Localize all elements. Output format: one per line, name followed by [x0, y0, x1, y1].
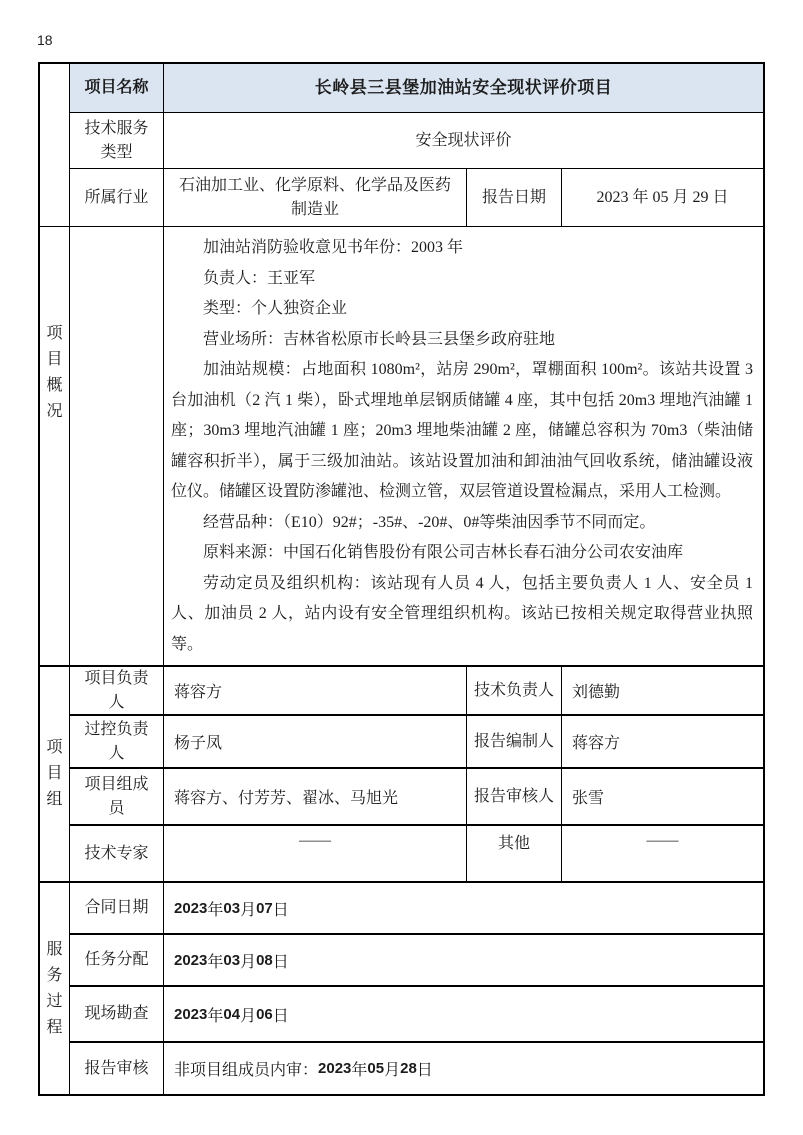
report-writer-value: 蒋容方	[562, 716, 763, 767]
section-team: 项目组 项目负责人 蒋容方 技术负责人 刘德勤 过控负责人 杨子凤 报告编制人 …	[40, 667, 763, 883]
overview-paragraph: 原料来源：中国石化销售股份有限公司吉林长春石油分公司农安油库	[171, 538, 753, 569]
industry-label: 所属行业	[70, 169, 164, 226]
other-value: ——	[562, 826, 763, 881]
report-date-value: 2023 年 05 月 29 日	[562, 169, 763, 226]
side-spacer-cell	[40, 64, 70, 226]
overview-side-label: 项目概况	[46, 227, 63, 425]
process-control-leader-value: 杨子凤	[164, 716, 467, 767]
row-task-assignment: 任务分配 2023 年 03 月 08 日	[70, 935, 763, 987]
task-assignment-label: 任务分配	[70, 935, 164, 985]
service-type-value: 安全现状评价	[164, 113, 763, 168]
tech-leader-value: 刘德勤	[562, 667, 763, 714]
team-members-value: 蒋容方、付芳芳、翟冰、马旭光	[164, 769, 467, 824]
project-info-table: 项目名称 长岭县三县堡加油站安全现状评价项目 技术服务类型 安全现状评价 所属行…	[38, 62, 765, 1096]
site-survey-value: 2023 年 04 月 06 日	[164, 987, 763, 1041]
overview-paragraph: 劳动定员及组织机构：该站现有人员 4 人，包括主要负责人 1 人、安全员 1 人…	[171, 569, 753, 661]
overview-paragraph: 经营品种：（E10）92#；-35#、-20#、0#等柴油因季节不同而定。	[171, 508, 753, 539]
overview-empty-cell	[70, 227, 164, 665]
row-site-survey: 现场勘查 2023 年 04 月 06 日	[70, 987, 763, 1043]
section-process: 服务过程 合同日期 2023 年 03 月 07 日 任务分配 2023 年 0…	[40, 883, 763, 1094]
service-type-label: 技术服务类型	[70, 113, 164, 168]
process-control-leader-label: 过控负责人	[70, 716, 164, 767]
team-side-label: 项目组	[46, 735, 63, 813]
report-date-label: 报告日期	[467, 169, 562, 226]
row-service-type: 技术服务类型 安全现状评价	[70, 113, 763, 169]
contract-date-label: 合同日期	[70, 883, 164, 933]
tech-expert-label: 技术专家	[70, 826, 164, 881]
report-review-value: 非项目组成员内审：2023 年 05 月 28 日	[164, 1043, 763, 1094]
tech-expert-value: ——	[164, 826, 467, 881]
row-project-name: 项目名称 长岭县三县堡加油站安全现状评价项目	[70, 64, 763, 113]
project-leader-value: 蒋容方	[164, 667, 467, 714]
row-industry: 所属行业 石油加工业、化学原料、化学品及医药制造业 报告日期 2023 年 05…	[70, 169, 763, 226]
row-report-review: 报告审核 非项目组成员内审：2023 年 05 月 28 日	[70, 1043, 763, 1094]
row-tech-expert: 技术专家 —— 其他 ——	[70, 826, 763, 881]
overview-content: 加油站消防验收意见书年份：2003 年 负责人：王亚军 类型：个人独资企业 营业…	[164, 227, 763, 665]
document-page: 18 项目名称 长岭县三县堡加油站安全现状评价项目 技术服务类型 安全现状评价 …	[0, 0, 803, 1135]
process-side-cell: 服务过程	[40, 883, 70, 1094]
team-side-cell: 项目组	[40, 667, 70, 881]
task-assignment-value: 2023 年 03 月 08 日	[164, 935, 763, 985]
row-project-leader: 项目负责人 蒋容方 技术负责人 刘德勤	[70, 667, 763, 716]
overview-paragraph: 类型：个人独资企业	[171, 294, 753, 325]
section-header: 项目名称 长岭县三县堡加油站安全现状评价项目 技术服务类型 安全现状评价 所属行…	[40, 64, 763, 227]
report-reviewer-label: 报告审核人	[467, 769, 562, 824]
row-process-control-leader: 过控负责人 杨子凤 报告编制人 蒋容方	[70, 716, 763, 769]
tech-leader-label: 技术负责人	[467, 667, 562, 714]
page-number: 18	[37, 32, 53, 48]
project-leader-label: 项目负责人	[70, 667, 164, 714]
team-members-label: 项目组成员	[70, 769, 164, 824]
overview-paragraph: 负责人：王亚军	[171, 264, 753, 295]
section-overview: 项目概况 加油站消防验收意见书年份：2003 年 负责人：王亚军 类型：个人独资…	[40, 227, 763, 667]
other-label: 其他	[467, 826, 562, 881]
project-name-label: 项目名称	[70, 64, 164, 112]
process-side-label: 服务过程	[46, 937, 63, 1041]
report-writer-label: 报告编制人	[467, 716, 562, 767]
report-review-label: 报告审核	[70, 1043, 164, 1094]
overview-paragraph: 加油站消防验收意见书年份：2003 年	[171, 233, 753, 264]
project-name-value: 长岭县三县堡加油站安全现状评价项目	[164, 64, 763, 112]
overview-paragraph: 加油站规模：占地面积 1080m²，站房 290m²，罩棚面积 100m²。该站…	[171, 355, 753, 508]
site-survey-label: 现场勘查	[70, 987, 164, 1041]
industry-value: 石油加工业、化学原料、化学品及医药制造业	[164, 169, 467, 226]
contract-date-value: 2023 年 03 月 07 日	[164, 883, 763, 933]
overview-side-cell: 项目概况	[40, 227, 70, 665]
row-contract-date: 合同日期 2023 年 03 月 07 日	[70, 883, 763, 935]
overview-paragraph: 营业场所：吉林省松原市长岭县三县堡乡政府驻地	[171, 325, 753, 356]
row-team-members: 项目组成员 蒋容方、付芳芳、翟冰、马旭光 报告审核人 张雪	[70, 769, 763, 826]
report-reviewer-value: 张雪	[562, 769, 763, 824]
